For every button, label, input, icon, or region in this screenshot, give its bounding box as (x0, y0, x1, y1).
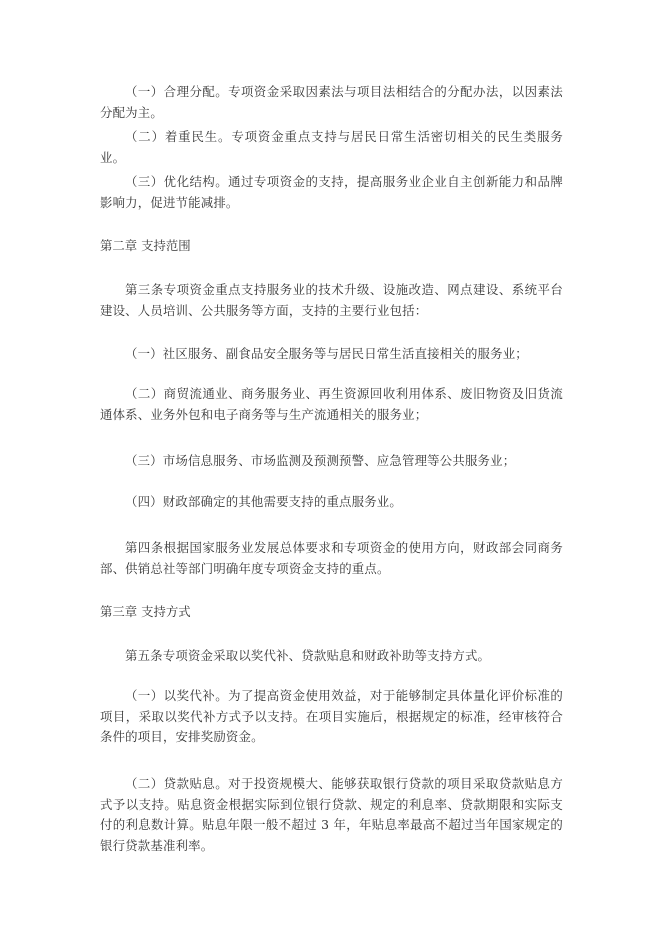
document-page: （一）合理分配。专项资金采取因素法与项目法相结合的分配办法，以因素法分配为主。 … (0, 0, 662, 936)
paragraph-optimize-structure: （三）优化结构。通过专项资金的支持，提高服务业企业自主创新能力和品牌影响力，促进… (100, 172, 563, 213)
list-item-public-services: （三）市场信息服务、市场监测及预测预警、应急管理等公共服务业； (100, 451, 563, 472)
list-item-community-services: （一）社区服务、副食品安全服务等与居民日常生活直接相关的服务业； (100, 344, 563, 365)
article-five: 第五条专项资金采取以奖代补、贷款贴息和财政补助等支持方式。 (100, 646, 563, 667)
paragraph-focus-livelihood: （二）着重民生。专项资金重点支持与居民日常生活密切相关的民生类服务业。 (100, 127, 563, 168)
article-four: 第四条根据国家服务业发展总体要求和专项资金的使用方向，财政部会同商务部、供销总社… (100, 538, 563, 579)
list-item-trade-circulation: （二）商贸流通业、商务服务业、再生资源回收利用体系、废旧物资及旧货流通体系、业务… (100, 384, 563, 425)
article-three: 第三条专项资金重点支持服务业的技术升级、设施改造、网点建设、系统平台建设、人员培… (100, 280, 563, 321)
paragraph-reasonable-allocation: （一）合理分配。专项资金采取因素法与项目法相结合的分配办法，以因素法分配为主。 (100, 82, 563, 123)
list-item-other-services: （四）财政部确定的其他需要支持的重点服务业。 (100, 492, 563, 513)
paragraph-loan-interest: （二）贷款贴息。对于投资规模大、能够获取银行贷款的项目采取贷款贴息方式予以支持。… (100, 774, 563, 856)
chapter-two-heading: 第二章 支持范围 (100, 236, 191, 256)
paragraph-rewards-subsidy: （一）以奖代补。为了提高资金使用效益，对于能够制定具体量化评价标准的项目，采取以… (100, 686, 563, 748)
chapter-three-heading: 第三章 支持方式 (100, 602, 191, 622)
